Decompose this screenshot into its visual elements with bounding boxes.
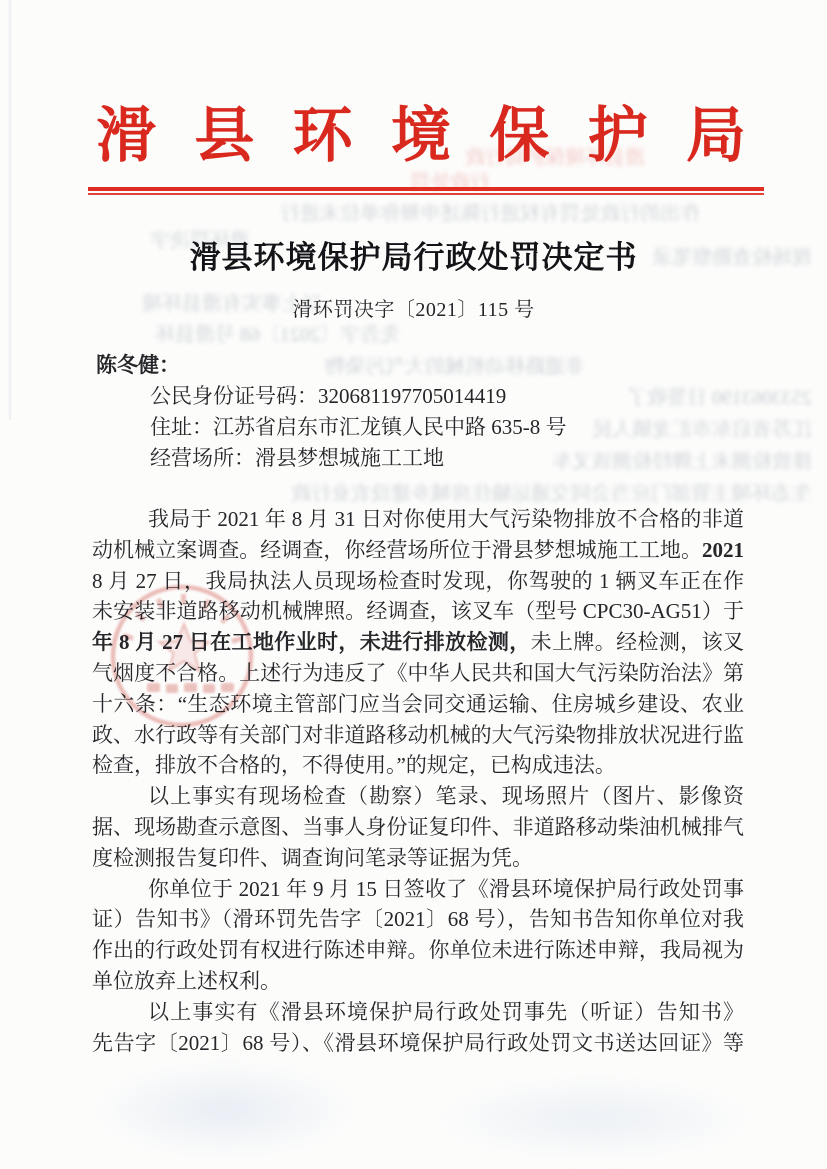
letterhead-rule-thick <box>88 187 764 191</box>
body-line: 未安装非道路移动机械牌照。经调查，该叉车（型号 CPC30-AG51）于 202… <box>92 596 744 627</box>
body-line: 度检测报告复印件、调查询问笔录等证据为凭。 <box>92 843 744 874</box>
body-line: 十六条：“生态环境主管部门应当会同交通运输、住房城乡建设、农业行 <box>92 689 744 720</box>
body-line: 以上事实有《滑县环境保护局行政处罚事先（听证）告知书》（滑环罚 <box>92 997 744 1028</box>
document-title: 滑县环境保护局行政处罚决定书 <box>0 232 827 277</box>
body-line: 检查，排放不合格的，不得使用。”的规定，已构成违法。 <box>92 750 744 781</box>
letterhead-rule <box>88 187 764 195</box>
body-line: 我局于 2021 年 8 月 31 日对你使用大气污染物排放不合格的非道路移 <box>92 504 744 535</box>
recipient-id-number: 公民身份证号码：320681197705014419 <box>96 381 756 412</box>
recipient-block: 陈冬健： 公民身份证号码：320681197705014419 住址：江苏省启东… <box>96 350 756 474</box>
scanned-document-page: 滑县环境保护局行政 行政处罚 滑 县 环 境 保 护 局 作出的行政处罚有权进行… <box>0 0 827 1169</box>
body-line: 以上事实有现场检查（勘察）笔录、现场照片（图片、影像资料）证 <box>92 781 744 812</box>
body-line: 你单位于 2021 年 9 月 15 日签收了《滑县环境保护局行政处罚事先（听 <box>92 874 744 905</box>
body-line: 证）告知书》（滑环罚先告字〔2021〕68 号），告知书告知你单位对我局拟 <box>92 904 744 935</box>
bleedthrough-text: 生态环境主管部门应当会同交通运输住房城乡建设农业行政 <box>105 482 811 506</box>
letterhead-character: 境 <box>391 100 451 172</box>
body-line: 先告字〔2021〕68 号）、《滑县环境保护局行政处罚文书送达回证》等证 <box>92 1028 744 1059</box>
body-line: 8 月 27 日，我局执法人员现场检查时发现，你驾驶的 1 辆叉车正在作业， <box>92 566 744 597</box>
bleedthrough-text: 作出的行政处罚有权进行陈述申辩你单位未进行 <box>140 202 700 226</box>
body-line: 动机械立案调查。经调查，你经营场所位于滑县梦想城施工工地。2021 年 <box>92 535 744 566</box>
body-line: 作出的行政处罚有权进行陈述申辩。你单位未进行陈述申辩，我局视为你 <box>92 935 744 966</box>
recipient-address: 住址：江苏省启东市汇龙镇人民中路 635-8 号 <box>96 412 756 443</box>
scan-smudge <box>90 1062 360 1157</box>
body-line: 单位放弃上述权利。 <box>92 966 744 997</box>
body-line: 年 8 月 27 日在工地作业时，未进行排放检测，未上牌。经检测，该叉车排 <box>92 627 744 658</box>
letterhead-character: 环 <box>293 100 353 172</box>
letterhead-character: 保 <box>489 100 549 172</box>
letterhead-character: 局 <box>686 100 746 172</box>
scan-smudge <box>430 1078 760 1158</box>
letterhead-character: 护 <box>588 100 648 172</box>
letterhead-character: 滑 <box>96 100 156 172</box>
body-line: 气烟度不合格。上述行为违反了《中华人民共和国大气污染防治法》第五 <box>92 658 744 689</box>
letterhead-character: 县 <box>194 100 254 172</box>
agency-letterhead: 滑 县 环 境 保 护 局 <box>96 100 746 172</box>
body-line: 政、水行政等有关部门对非道路移动机械的大气污染物排放状况进行监督 <box>92 720 744 751</box>
body-line: 据、现场勘查示意图、当事人身份证复印件、非道路移动柴油机械排气烟 <box>92 812 744 843</box>
recipient-name: 陈冬健： <box>96 350 756 381</box>
recipient-premises: 经营场所：滑县梦想城施工工地 <box>96 443 756 474</box>
scan-edge-artifact <box>9 0 11 420</box>
bleedthrough-text: 先告字〔2021〕68 号滑县环 <box>105 323 400 347</box>
document-number: 滑环罚决字〔2021〕115 号 <box>0 293 827 322</box>
document-body: 我局于 2021 年 8 月 31 日对你使用大气污染物排放不合格的非道路移 动… <box>92 504 744 1058</box>
letterhead-rule-thin <box>88 193 764 195</box>
